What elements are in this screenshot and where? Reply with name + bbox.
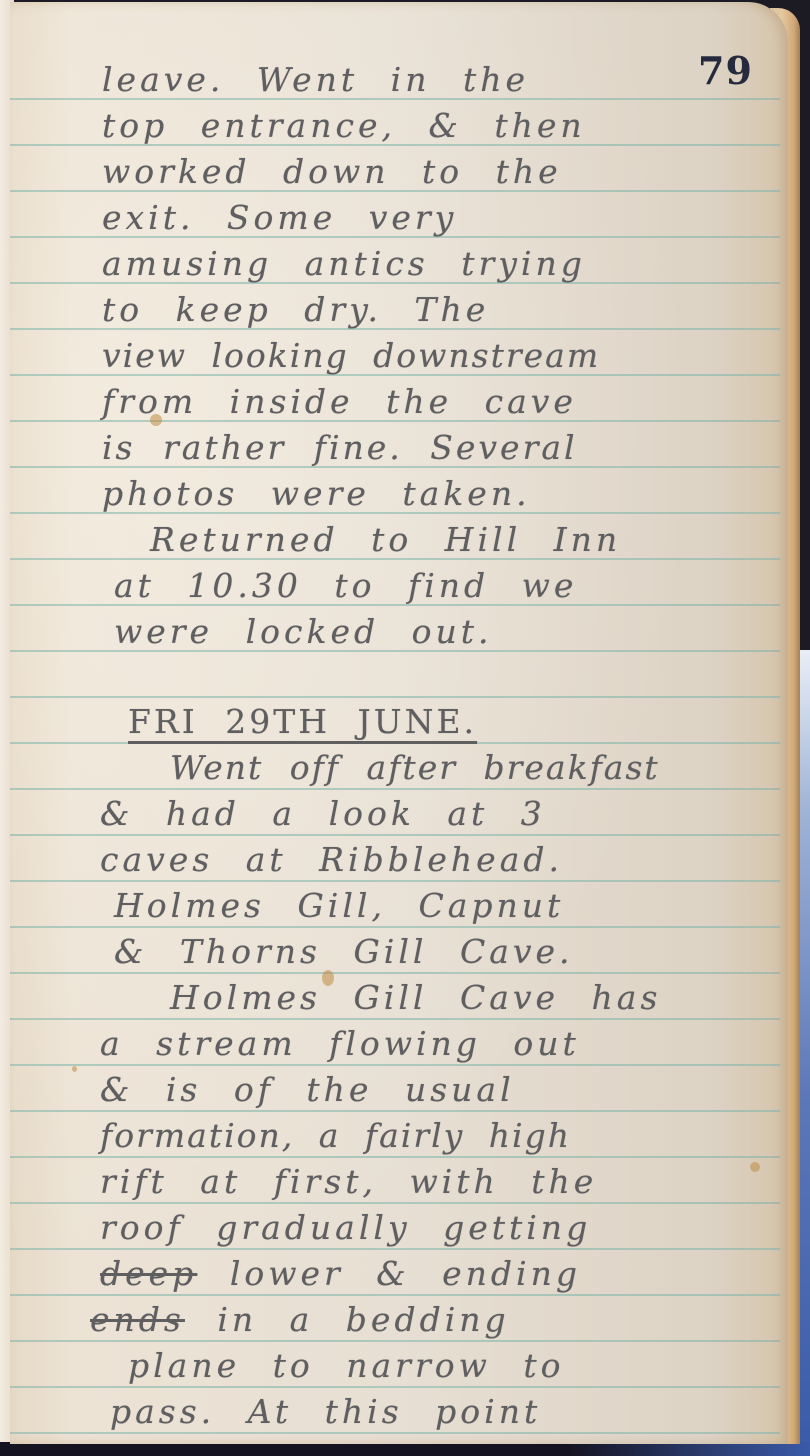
text-line-content: in a bedding [217, 1300, 509, 1339]
notebook-page: 79 leave. Went in the top entrance, & th… [10, 2, 788, 1444]
text-line: view looking downstream [102, 336, 600, 376]
text-line: photos were taken. [102, 474, 531, 514]
text-line: top entrance, & then [102, 106, 586, 146]
background-surface [0, 1442, 810, 1456]
text-line: pass. At this point [110, 1392, 541, 1432]
text-line: Returned to Hill Inn [150, 520, 621, 560]
text-line: Holmes Gill Cave has [170, 978, 661, 1018]
text-line: amusing antics trying [102, 244, 586, 284]
text-line: from inside the cave [102, 382, 577, 422]
text-line: a stream flowing out [100, 1024, 580, 1064]
text-line: Holmes Gill, Capnut [114, 886, 564, 926]
text-line: formation, a fairly high [100, 1116, 571, 1156]
entry-date-heading: FRI 29TH JUNE. [128, 702, 477, 742]
text-line: & had a look at 3 [100, 794, 546, 834]
text-line: deep lower & ending [100, 1254, 581, 1294]
struck-out-word: deep [100, 1254, 197, 1293]
text-line: plane to narrow to [128, 1346, 564, 1386]
handwritten-text: leave. Went in the top entrance, & then … [10, 2, 788, 1444]
text-line: is rather fine. Several [102, 428, 578, 468]
text-line: to keep dry. The [102, 290, 489, 330]
text-line: Went off after breakfast [170, 748, 660, 788]
text-line: at 10.30 to find we [114, 566, 577, 606]
text-line: were locked out. [114, 612, 493, 652]
text-line: ends in a bedding [90, 1300, 510, 1340]
text-line: worked down to the [102, 152, 562, 192]
text-line: roof gradually getting [100, 1208, 591, 1248]
text-line: leave. Went in the [102, 60, 529, 100]
struck-out-word: ends [90, 1300, 185, 1339]
text-line: caves at Ribblehead. [100, 840, 563, 880]
text-line: & Thorns Gill Cave. [114, 932, 574, 972]
text-line: & is of the usual [100, 1070, 515, 1110]
text-line-content: lower & ending [230, 1254, 581, 1293]
text-line: exit. Some very [102, 198, 457, 238]
text-line: rift at first, with the [100, 1162, 597, 1202]
notebook-photo: 79 leave. Went in the top entrance, & th… [0, 0, 810, 1456]
